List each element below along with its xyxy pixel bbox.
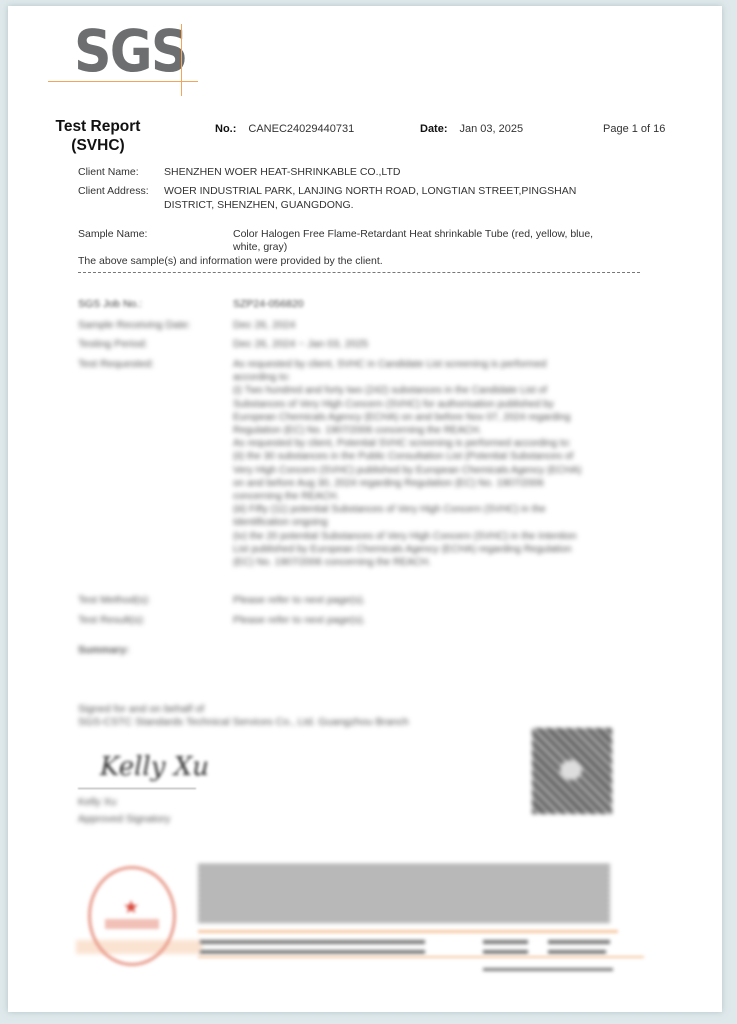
footer-address-line2: [200, 950, 425, 954]
provided-note: The above sample(s) and information were…: [78, 255, 383, 268]
testing-period-label: Testing Period:: [78, 338, 147, 351]
client-name-label: Client Name:: [78, 166, 164, 179]
footer-phone-1: [483, 940, 528, 944]
test-requested-line: European Chemicals Agency (ECHA) on and …: [233, 411, 653, 424]
test-requested-label: Test Requested:: [78, 358, 154, 371]
test-requested-line: (ii) the 30 substances in the Public Con…: [233, 450, 653, 463]
client-name-value: SHENZHEN WOER HEAT-SHRINKABLE CO.,LTD: [164, 166, 400, 178]
client-name-row: Client Name:SHENZHEN WOER HEAT-SHRINKABL…: [78, 166, 400, 179]
report-title: Test Report (SVHC): [50, 117, 146, 155]
testing-period-value: Dec 26, 2024 ~ Jan 03, 2025: [233, 338, 368, 351]
test-requested-line: Substances of Very High Concern (SVHC) f…: [233, 398, 653, 411]
logo-rule-horizontal: [48, 81, 198, 82]
test-requested-text: As requested by client, SVHC in Candidat…: [233, 358, 653, 569]
report-date-value: Jan 03, 2025: [460, 123, 524, 135]
test-requested-line: on and before Aug 30, 2024 regarding Reg…: [233, 477, 653, 490]
sample-name-value: Color Halogen Free Flame-Retardant Heat …: [233, 228, 593, 240]
page-indicator: Page 1 of 16: [603, 123, 665, 135]
signer-title: Approved Signatory: [78, 813, 170, 826]
receiving-date-label: Sample Receiving Date:: [78, 319, 191, 332]
test-method-label: Test Method(s):: [78, 594, 150, 607]
client-address-row: Client Address:WOER INDUSTRIAL PARK, LAN…: [78, 185, 576, 198]
signature-icon: Kelly Xu: [100, 752, 209, 782]
test-requested-line: (EC) No. 1907/2006 concerning the REACH.: [233, 556, 653, 569]
sample-name-label: Sample Name:: [78, 228, 233, 241]
report-title-line1: Test Report: [50, 117, 146, 136]
official-seal-icon: ★: [88, 866, 176, 966]
sample-name-value-line2: white, gray): [233, 241, 287, 254]
job-number-value: SZP24-056820: [233, 298, 304, 311]
test-method-value: Please refer to next page(s).: [233, 594, 366, 607]
client-address-line2: DISTRICT, SHENZHEN, GUANGDONG.: [164, 199, 354, 212]
signature-line: [78, 788, 196, 789]
test-requested-line: As requested by client, Potential SVHC s…: [233, 437, 653, 450]
client-address-label: Client Address:: [78, 185, 164, 198]
logo-rule-vertical: [181, 24, 182, 96]
footer-rule: [198, 956, 644, 958]
summary-label: Summary:: [78, 644, 129, 657]
report-date: Date:Jan 03, 2025: [420, 123, 523, 135]
receiving-date-value: Dec 26, 2024: [233, 319, 295, 332]
test-requested-line: (iv) the 20 potential Substances of Very…: [233, 530, 653, 543]
test-requested-line: As requested by client, SVHC in Candidat…: [233, 358, 653, 371]
test-requested-line: List published by European Chemicals Age…: [233, 543, 653, 556]
fine-print-rule: [198, 930, 618, 933]
footer-member-note: [483, 968, 613, 971]
footer-fax-1: [548, 940, 610, 944]
test-requested-line: Very High Concern (SVHC) published by Eu…: [233, 464, 653, 477]
report-number: No.:CANEC24029440731: [215, 123, 354, 135]
qr-code-icon: [532, 728, 612, 814]
report-number-value: CANEC24029440731: [248, 123, 354, 135]
report-title-line2: (SVHC): [50, 136, 146, 155]
test-requested-line: (iii) Fifty (11) potential Substances of…: [233, 503, 653, 516]
footer-fax-2: [548, 950, 606, 954]
section-divider: [78, 272, 640, 273]
test-result-value: Please refer to next page(s).: [233, 614, 366, 627]
signed-line2: SGS-CSTC Standards Technical Services Co…: [78, 716, 409, 729]
footer-address-line1: [200, 940, 425, 944]
signer-name: Kelly Xu: [78, 796, 117, 809]
client-address-line1: WOER INDUSTRIAL PARK, LANJING NORTH ROAD…: [164, 185, 576, 197]
sample-name-row: Sample Name:Color Halogen Free Flame-Ret…: [78, 228, 593, 241]
signed-line1: Signed for and on behalf of: [78, 703, 204, 716]
test-requested-line: (i) Two hundred and forty two (242) subs…: [233, 384, 653, 397]
report-date-label: Date:: [420, 123, 448, 135]
test-requested-line: concerning the REACH.: [233, 490, 653, 503]
test-result-label: Test Result(s):: [78, 614, 145, 627]
test-requested-line: Identification ongoing: [233, 516, 653, 529]
report-number-label: No.:: [215, 123, 236, 135]
legal-fine-print: [198, 864, 610, 924]
job-number-label: SGS Job No.:: [78, 298, 142, 311]
test-requested-line: according to:: [233, 371, 653, 384]
footer-phone-2: [483, 950, 528, 954]
test-requested-line: Regulation (EC) No. 1907/2006 concerning…: [233, 424, 653, 437]
sgs-logo: SGS: [74, 22, 187, 80]
